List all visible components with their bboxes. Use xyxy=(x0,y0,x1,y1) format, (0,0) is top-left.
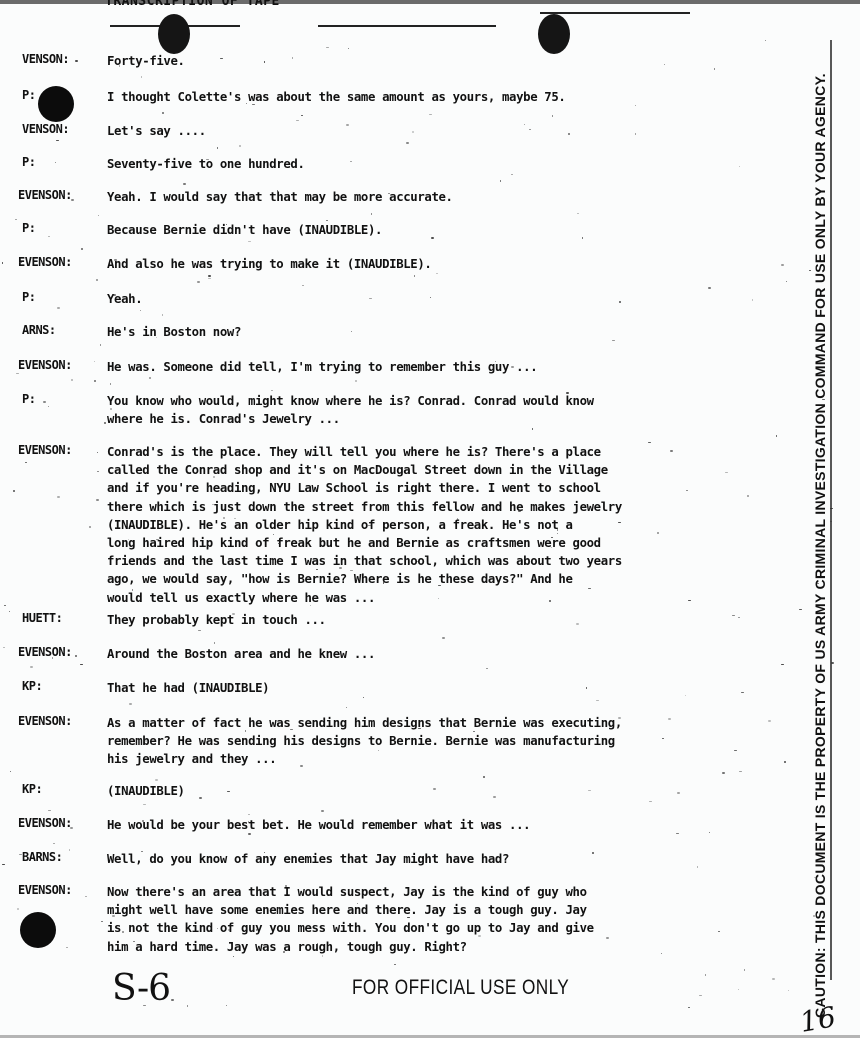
punch-hole xyxy=(158,14,190,54)
photocopy-speck xyxy=(75,60,78,62)
photocopy-speck xyxy=(189,365,192,366)
photocopy-speck xyxy=(473,731,475,732)
photocopy-speck xyxy=(580,890,582,892)
photocopy-speck xyxy=(668,718,671,720)
photocopy-speck xyxy=(635,133,636,135)
photocopy-speck xyxy=(156,539,159,540)
speech-text: Let's say .... xyxy=(107,122,767,140)
photocopy-speck xyxy=(394,964,396,965)
photocopy-speck xyxy=(557,533,558,534)
speech-line: Yeah. xyxy=(107,290,767,308)
photocopy-speck xyxy=(217,928,218,929)
photocopy-speck xyxy=(378,750,379,751)
photocopy-speck xyxy=(300,765,303,767)
photocopy-speck xyxy=(264,61,265,63)
speech-line: friends and the last time I was in that … xyxy=(107,552,767,570)
photocopy-speck xyxy=(198,630,201,631)
photocopy-speck xyxy=(252,104,255,105)
photocopy-speck xyxy=(688,600,691,601)
speech-line: They probably kept in touch ... xyxy=(107,611,767,629)
photocopy-speck xyxy=(442,637,445,639)
speech-line: He's in Boston now? xyxy=(107,323,767,341)
photocopy-speck xyxy=(283,951,285,953)
photocopy-speck xyxy=(350,161,352,162)
speech-line: Because Bernie didn't have (INAUDIBLE). xyxy=(107,221,767,239)
photocopy-speck xyxy=(162,112,164,114)
photocopy-speck xyxy=(43,401,46,403)
photocopy-speck xyxy=(817,583,819,584)
photocopy-speck xyxy=(228,929,230,931)
speech-text: They probably kept in touch ... xyxy=(107,611,767,629)
photocopy-speck xyxy=(457,518,458,520)
photocopy-speck xyxy=(80,664,83,665)
photocopy-speck xyxy=(511,366,514,368)
punch-hole xyxy=(538,14,570,54)
margin-rule xyxy=(830,40,832,980)
speech-text: Well, do you know of any enemies that Ja… xyxy=(107,850,767,868)
page-number-handwritten: 16 xyxy=(797,1000,838,1038)
photocopy-speck xyxy=(478,365,480,366)
photocopy-speck xyxy=(199,797,202,799)
speaker-label: VENSON: xyxy=(22,122,112,136)
photocopy-speck xyxy=(355,380,357,382)
photocopy-speck xyxy=(248,241,251,242)
photocopy-speck xyxy=(187,422,188,423)
photocopy-speck xyxy=(85,896,87,897)
speech-line: Around the Boston area and he knew ... xyxy=(107,645,767,663)
photocopy-speck xyxy=(417,561,418,562)
photocopy-speck xyxy=(552,896,554,897)
photocopy-speck xyxy=(348,48,349,49)
speaker-label: EVENSON: xyxy=(18,883,108,897)
photocopy-speck xyxy=(685,695,686,696)
photocopy-speck xyxy=(676,833,679,834)
speech-text: Seventy-five to one hundred. xyxy=(107,155,767,173)
official-use-stamp: FOR OFFICIAL USE ONLY xyxy=(352,976,569,1000)
photocopy-speck xyxy=(142,820,144,822)
photocopy-speck xyxy=(649,801,652,802)
photocopy-speck xyxy=(738,617,740,618)
photocopy-speck xyxy=(363,697,364,698)
speech-text: That he had (INAUDIBLE) xyxy=(107,679,767,697)
photocopy-speck xyxy=(57,307,60,309)
speech-line: Let's say .... xyxy=(107,122,767,140)
photocopy-speck xyxy=(568,133,570,135)
speaker-label: P: xyxy=(22,392,112,406)
speaker-label: ARNS: xyxy=(22,323,112,337)
speech-line: long haired hip kind of freak but he and… xyxy=(107,534,767,552)
photocopy-speck xyxy=(346,124,349,126)
speaker-label: P: xyxy=(22,221,112,235)
photocopy-speck xyxy=(10,771,11,772)
document-header: TRANSCRIPTION OF TAPE xyxy=(105,0,280,9)
photocopy-speck xyxy=(239,145,241,147)
photocopy-speck xyxy=(372,578,373,579)
photocopy-speck xyxy=(143,794,144,795)
photocopy-speck xyxy=(588,588,591,589)
photocopy-speck xyxy=(532,428,533,430)
photocopy-speck xyxy=(430,297,431,298)
photocopy-speck xyxy=(263,99,264,100)
photocopy-speck xyxy=(220,58,223,59)
speech-line: Yeah. I would say that that may be more … xyxy=(107,188,767,206)
photocopy-speck xyxy=(549,600,551,602)
speech-text: Now there's an area that I would suspect… xyxy=(107,883,767,956)
photocopy-speck xyxy=(524,124,525,125)
photocopy-speck xyxy=(234,518,236,519)
photocopy-speck xyxy=(765,40,766,41)
photocopy-speck xyxy=(89,526,91,528)
photocopy-speck xyxy=(213,476,215,478)
photocopy-speck xyxy=(264,852,265,853)
photocopy-speck xyxy=(171,999,174,1001)
speech-text: I thought Colette's was about the same a… xyxy=(107,88,767,106)
photocopy-speck xyxy=(734,750,737,751)
photocopy-speck xyxy=(155,779,158,781)
photocopy-speck xyxy=(518,510,521,512)
speech-line: Now there's an area that I would suspect… xyxy=(107,883,767,901)
speech-line: He would be your best bet. He would reme… xyxy=(107,816,767,834)
speaker-label: KP: xyxy=(22,782,112,796)
photocopy-speck xyxy=(292,57,293,59)
photocopy-speck xyxy=(187,1005,188,1007)
photocopy-speck xyxy=(227,791,230,792)
photocopy-speck xyxy=(618,717,621,719)
speaker-label: P: xyxy=(22,290,112,304)
photocopy-speck xyxy=(368,525,371,526)
photocopy-speck xyxy=(248,814,250,815)
photocopy-speck xyxy=(823,547,824,548)
speech-line: him a hard time. Jay was a rough, tough … xyxy=(107,938,767,956)
photocopy-speck xyxy=(290,729,293,730)
speech-line: Well, do you know of any enemies that Ja… xyxy=(107,850,767,868)
photocopy-speck xyxy=(722,772,725,774)
photocopy-speck xyxy=(670,450,673,452)
header-rule xyxy=(318,25,496,27)
photocopy-speck xyxy=(576,623,579,625)
photocopy-speck xyxy=(732,615,735,616)
speech-text: And also he was trying to make it (INAUD… xyxy=(107,255,767,273)
speech-line: would tell us exactly where he was ... xyxy=(107,589,767,607)
photocopy-speck xyxy=(271,390,273,391)
speech-line: where he is. Conrad's Jewelry ... xyxy=(107,410,767,428)
photocopy-speck xyxy=(75,655,77,657)
speech-line: Conrad's is the place. They will tell yo… xyxy=(107,443,767,461)
photocopy-speck xyxy=(310,605,311,606)
photocopy-speck xyxy=(326,47,329,48)
photocopy-speck xyxy=(478,935,481,937)
photocopy-speck xyxy=(781,664,784,665)
photocopy-speck xyxy=(406,142,409,144)
photocopy-speck xyxy=(551,547,552,548)
photocopy-speck xyxy=(248,821,249,823)
photocopy-speck xyxy=(208,278,211,279)
photocopy-speck xyxy=(52,657,53,659)
photocopy-speck xyxy=(718,931,720,932)
speech-line: Forty-five. xyxy=(107,52,767,70)
speech-text: He would be your best bet. He would reme… xyxy=(107,816,767,834)
photocopy-speck xyxy=(612,340,615,341)
speech-line: He was. Someone did tell, I'm trying to … xyxy=(107,358,767,376)
speech-line: and if you're heading, NYU Law School is… xyxy=(107,479,767,497)
photocopy-speck xyxy=(25,462,27,463)
photocopy-speck xyxy=(122,931,124,933)
photocopy-speck xyxy=(96,279,98,281)
photocopy-speck xyxy=(529,129,531,130)
speech-text: As a matter of fact he was sending him d… xyxy=(107,714,767,769)
speech-line: You know who would, might know where he … xyxy=(107,392,767,410)
photocopy-speck xyxy=(128,539,129,540)
punch-hole xyxy=(20,912,56,948)
photocopy-speck xyxy=(248,833,251,835)
speech-line: As a matter of fact he was sending him d… xyxy=(107,714,767,732)
photocopy-speck xyxy=(752,299,753,301)
photocopy-speck xyxy=(772,978,775,980)
photocopy-speck xyxy=(70,827,73,829)
speech-line: Seventy-five to one hundred. xyxy=(107,155,767,173)
photocopy-speck xyxy=(709,832,710,833)
photocopy-speck xyxy=(814,877,816,878)
photocopy-speck xyxy=(738,989,739,990)
photocopy-speck xyxy=(317,943,318,944)
photocopy-speck xyxy=(492,472,493,473)
photocopy-speck xyxy=(596,700,599,701)
photocopy-speck xyxy=(96,499,99,501)
photocopy-speck xyxy=(277,190,278,192)
photocopy-speck xyxy=(697,866,698,868)
page-id-handwritten: S-6 xyxy=(112,968,170,1009)
photocopy-speck xyxy=(677,792,680,794)
photocopy-speck xyxy=(822,399,825,400)
speech-line: I thought Colette's was about the same a… xyxy=(107,88,767,106)
photocopy-speck xyxy=(143,804,146,805)
speaker-label: EVENSON: xyxy=(18,816,108,830)
photocopy-speck xyxy=(114,259,117,261)
photocopy-speck xyxy=(483,776,485,778)
photocopy-speck xyxy=(302,285,304,286)
photocopy-speck xyxy=(369,298,372,299)
photocopy-speck xyxy=(662,738,664,739)
header-rule xyxy=(540,12,690,14)
photocopy-speck xyxy=(273,534,274,535)
photocopy-speck xyxy=(661,953,662,954)
photocopy-speck xyxy=(66,947,68,948)
photocopy-speck xyxy=(739,771,742,772)
photocopy-speck xyxy=(233,956,234,957)
photocopy-speck xyxy=(4,605,6,606)
photocopy-speck xyxy=(686,490,688,491)
photocopy-speck xyxy=(19,854,22,855)
photocopy-speck xyxy=(223,517,225,519)
photocopy-speck xyxy=(830,508,833,509)
photocopy-speck xyxy=(208,275,211,277)
photocopy-speck xyxy=(53,843,55,844)
photocopy-speck xyxy=(55,162,56,163)
photocopy-speck xyxy=(194,757,195,758)
photocopy-speck xyxy=(56,140,59,141)
photocopy-speck xyxy=(830,521,832,522)
speech-line: (INAUDIBLE) xyxy=(107,782,767,800)
speech-line: called the Conrad shop and it's on MacDo… xyxy=(107,461,767,479)
photocopy-speck xyxy=(648,442,651,443)
speech-line: That he had (INAUDIBLE) xyxy=(107,679,767,697)
speech-text: (INAUDIBLE) xyxy=(107,782,767,800)
photocopy-speck xyxy=(140,310,141,311)
photocopy-speck xyxy=(48,810,51,811)
photocopy-speck xyxy=(664,64,665,65)
photocopy-speck xyxy=(156,337,157,338)
photocopy-speck xyxy=(183,183,186,185)
photocopy-speck xyxy=(98,215,99,216)
photocopy-speck xyxy=(436,273,438,274)
photocopy-speck xyxy=(232,613,235,615)
photocopy-speck xyxy=(414,275,415,277)
photocopy-speck xyxy=(246,103,247,104)
photocopy-speck xyxy=(588,790,591,791)
photocopy-speck xyxy=(285,885,287,887)
photocopy-speck xyxy=(256,929,257,931)
photocopy-speck xyxy=(500,180,501,182)
speaker-label: EVENSON: xyxy=(18,255,108,269)
photocopy-speck xyxy=(97,471,99,472)
speaker-label: KP: xyxy=(22,679,112,693)
speech-text: Because Bernie didn't have (INAUDIBLE). xyxy=(107,221,767,239)
photocopy-speck xyxy=(321,810,324,812)
photocopy-speck xyxy=(316,569,318,570)
photocopy-speck xyxy=(809,270,811,271)
photocopy-speck xyxy=(418,728,421,729)
photocopy-speck xyxy=(350,570,353,571)
photocopy-speck xyxy=(9,611,10,612)
photocopy-speck xyxy=(296,120,299,121)
photocopy-speck xyxy=(606,937,609,939)
photocopy-speck xyxy=(577,213,579,214)
speech-text: He was. Someone did tell, I'm trying to … xyxy=(107,358,767,376)
photocopy-speck xyxy=(714,68,715,70)
photocopy-speck xyxy=(301,115,303,116)
photocopy-speck xyxy=(741,692,744,693)
photocopy-speck xyxy=(113,294,116,296)
photocopy-speck xyxy=(217,147,218,149)
photocopy-speck xyxy=(486,668,488,669)
photocopy-speck xyxy=(699,995,702,996)
photocopy-speck xyxy=(2,864,5,865)
photocopy-speck xyxy=(438,585,441,586)
photocopy-speck xyxy=(141,851,143,852)
photocopy-speck xyxy=(206,159,209,160)
photocopy-speck xyxy=(112,915,115,917)
photocopy-speck xyxy=(322,955,323,957)
photocopy-speck xyxy=(552,115,553,117)
speech-line: (INAUDIBLE). He's an older hip kind of p… xyxy=(107,516,767,534)
photocopy-speck xyxy=(429,114,432,115)
photocopy-speck xyxy=(351,331,352,332)
speaker-label: VENSON: xyxy=(22,52,112,66)
photocopy-speck xyxy=(357,903,358,904)
photocopy-speck xyxy=(346,707,347,708)
speech-line: ago, we would say, "how is Bernie? Where… xyxy=(107,570,767,588)
photocopy-speck xyxy=(129,703,132,705)
speech-text: You know who would, might know where he … xyxy=(107,392,767,428)
photocopy-speck xyxy=(551,537,553,538)
photocopy-speck xyxy=(101,921,103,922)
photocopy-speck xyxy=(15,219,17,220)
photocopy-speck xyxy=(412,131,414,133)
photocopy-speck xyxy=(582,237,583,239)
photocopy-speck xyxy=(94,380,96,382)
photocopy-speck xyxy=(784,761,786,763)
photocopy-speck xyxy=(261,944,263,945)
speech-text: Conrad's is the place. They will tell yo… xyxy=(107,443,767,607)
photocopy-speck xyxy=(30,666,33,668)
speaker-label: EVENSON: xyxy=(18,645,108,659)
photocopy-speck xyxy=(158,450,160,452)
photocopy-speck xyxy=(94,361,95,362)
photocopy-speck xyxy=(705,974,706,976)
photocopy-speck xyxy=(493,796,496,798)
photocopy-speck xyxy=(110,383,111,385)
photocopy-speck xyxy=(820,838,822,839)
photocopy-speck xyxy=(431,237,434,239)
photocopy-speck xyxy=(339,567,342,569)
speech-line: his jewelry and they ... xyxy=(107,750,767,768)
photocopy-speck xyxy=(162,314,163,316)
photocopy-speck xyxy=(586,687,587,689)
photocopy-speck xyxy=(688,1007,690,1008)
speaker-label: EVENSON: xyxy=(18,188,108,202)
speaker-label: EVENSON: xyxy=(18,714,108,728)
photocopy-speck xyxy=(226,224,227,225)
speaker-label: EVENSON: xyxy=(18,443,108,457)
photocopy-speck xyxy=(592,852,594,854)
photocopy-speck xyxy=(511,174,513,175)
photocopy-speck xyxy=(438,598,439,599)
photocopy-speck xyxy=(831,662,834,664)
photocopy-speck xyxy=(214,642,215,644)
photocopy-speck xyxy=(326,220,328,221)
photocopy-speck xyxy=(143,1005,146,1006)
photocopy-speck xyxy=(776,435,777,437)
photocopy-speck xyxy=(618,522,621,523)
photocopy-speck xyxy=(566,392,569,394)
speech-text: Yeah. I would say that that may be more … xyxy=(107,188,767,206)
photocopy-speck xyxy=(207,486,209,488)
speech-text: He's in Boston now? xyxy=(107,323,767,341)
photocopy-speck xyxy=(739,166,740,167)
photocopy-speck xyxy=(388,193,390,194)
photocopy-speck xyxy=(725,472,728,473)
speech-line: And also he was trying to make it (INAUD… xyxy=(107,255,767,273)
photocopy-speck xyxy=(781,264,784,266)
photocopy-speck xyxy=(788,990,789,991)
photocopy-speck xyxy=(813,915,815,917)
photocopy-speck xyxy=(744,969,745,971)
photocopy-speck xyxy=(212,504,214,505)
photocopy-speck xyxy=(119,65,120,67)
photocopy-speck xyxy=(117,331,118,332)
photocopy-speck xyxy=(747,495,749,497)
photocopy-speck xyxy=(278,543,280,544)
photocopy-speck xyxy=(17,908,19,910)
photocopy-speck xyxy=(110,408,112,410)
speaker-label: HUETT: xyxy=(22,611,112,625)
photocopy-speck xyxy=(97,452,98,453)
photocopy-speck xyxy=(133,941,135,942)
photocopy-speck xyxy=(71,379,73,381)
photocopy-speck xyxy=(557,529,558,531)
speaker-label: P: xyxy=(22,155,112,169)
photocopy-speck xyxy=(3,647,5,648)
